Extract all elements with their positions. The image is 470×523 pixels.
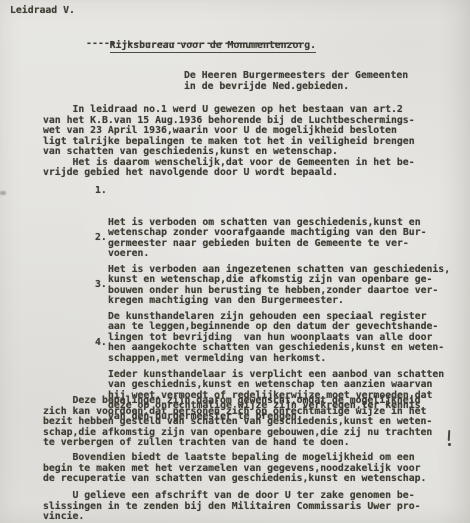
- closing-paragraph-1: Deze bepalingen zijn daarom gewenscht,om…: [43, 396, 432, 449]
- pen-exclamation-mark: [446, 430, 452, 448]
- title-underline-dashes: ------------------------------------: [86, 39, 302, 50]
- item-number: 4.: [95, 338, 107, 349]
- item-number: 1.: [95, 186, 107, 197]
- pen-dot: [448, 443, 451, 446]
- closing-paragraph-3: U gelieve een afschrift van de door U te…: [43, 491, 421, 523]
- pen-stroke: [448, 430, 451, 441]
- closing-paragraph-2: Bovendien biedt de laatste bepaling de m…: [43, 453, 426, 485]
- edge-smudge: [0, 191, 6, 195]
- item-number: 2.: [95, 233, 107, 244]
- recipient-address: De Heeren Burgermeesters der Gemeenten i…: [184, 71, 408, 92]
- intro-paragraph: In leidraad no.1 werd U gewezen op het b…: [43, 105, 415, 179]
- item-number: 3.: [95, 280, 107, 291]
- document-label: Leidraad V.: [10, 6, 75, 17]
- scanned-letter-page: Leidraad V. Rijksbureau voor de Monument…: [0, 0, 470, 523]
